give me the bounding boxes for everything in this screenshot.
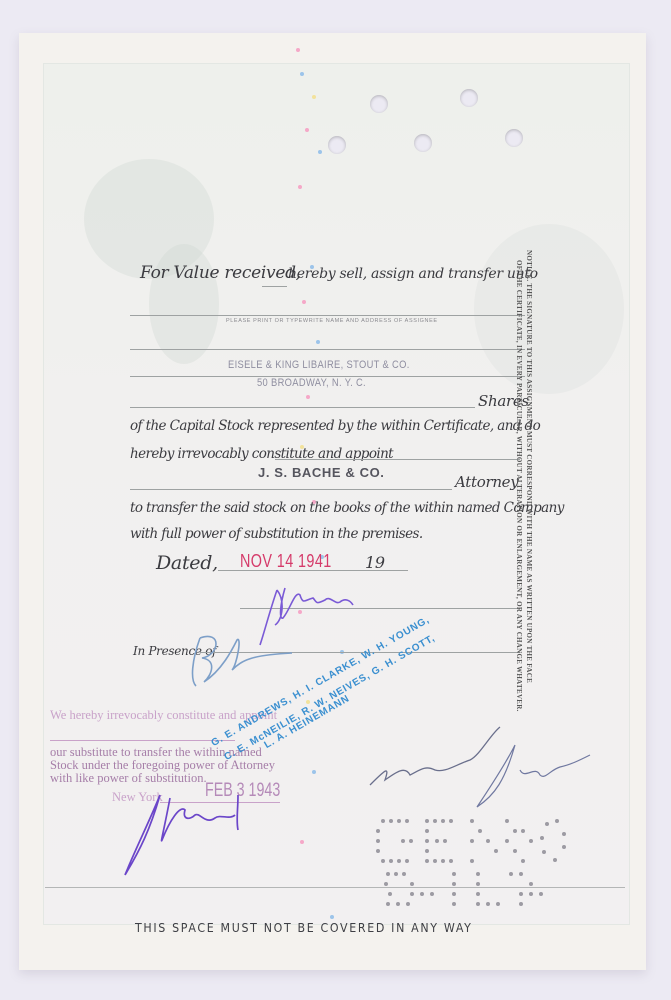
reserved-space-notice: THIS SPACE MUST NOT BE COVERED IN ANY WA… xyxy=(135,921,473,935)
attorney-label: Attorney xyxy=(455,473,518,491)
dated-stamp: NOV 14 1941 xyxy=(240,551,332,572)
broker-signatures xyxy=(365,725,595,815)
for-value-received-text: For Value received, xyxy=(140,263,301,283)
assignee-line-2 xyxy=(130,349,525,350)
reserved-space-divider xyxy=(45,887,625,888)
substitution-signature xyxy=(120,790,270,880)
transfer-text: to transfer the said stock on the books … xyxy=(130,500,564,516)
show-through-seal xyxy=(474,224,624,394)
substitution-line-4: with like power of substitution. xyxy=(50,771,207,786)
capital-stock-text: of the Capital Stock represented by the … xyxy=(130,418,540,434)
appoint-line xyxy=(275,459,520,460)
show-through-portrait xyxy=(149,244,219,364)
cancellation-hole xyxy=(328,136,346,154)
substitute-line xyxy=(50,740,235,741)
assignee-stamp-name: EISELE & KING LIBAIRE, STOUT & CO. xyxy=(228,359,410,371)
cancellation-hole xyxy=(414,134,432,152)
shares-line xyxy=(130,407,475,408)
assignee-line xyxy=(130,315,525,316)
attorney-name: J. S. BACHE & CO. xyxy=(258,465,385,480)
rule xyxy=(262,286,287,287)
assignee-caption: PLEASE PRINT OR TYPEWRITE NAME AND ADDRE… xyxy=(226,318,438,324)
hereby-sell-text: hereby sell, assign and transfer unto xyxy=(288,266,538,282)
cancellation-hole xyxy=(370,95,388,113)
substitution-text: with full power of substitution in the p… xyxy=(130,526,423,542)
cancellation-hole xyxy=(460,89,478,107)
year-prefix: 19 xyxy=(365,553,385,572)
assignee-stamp-address: 50 BROADWAY, N. Y. C. xyxy=(257,377,366,389)
cancellation-hole xyxy=(505,129,523,147)
attorney-line xyxy=(130,489,452,490)
witness-signature xyxy=(182,620,302,695)
dated-label: Dated, xyxy=(156,552,218,574)
